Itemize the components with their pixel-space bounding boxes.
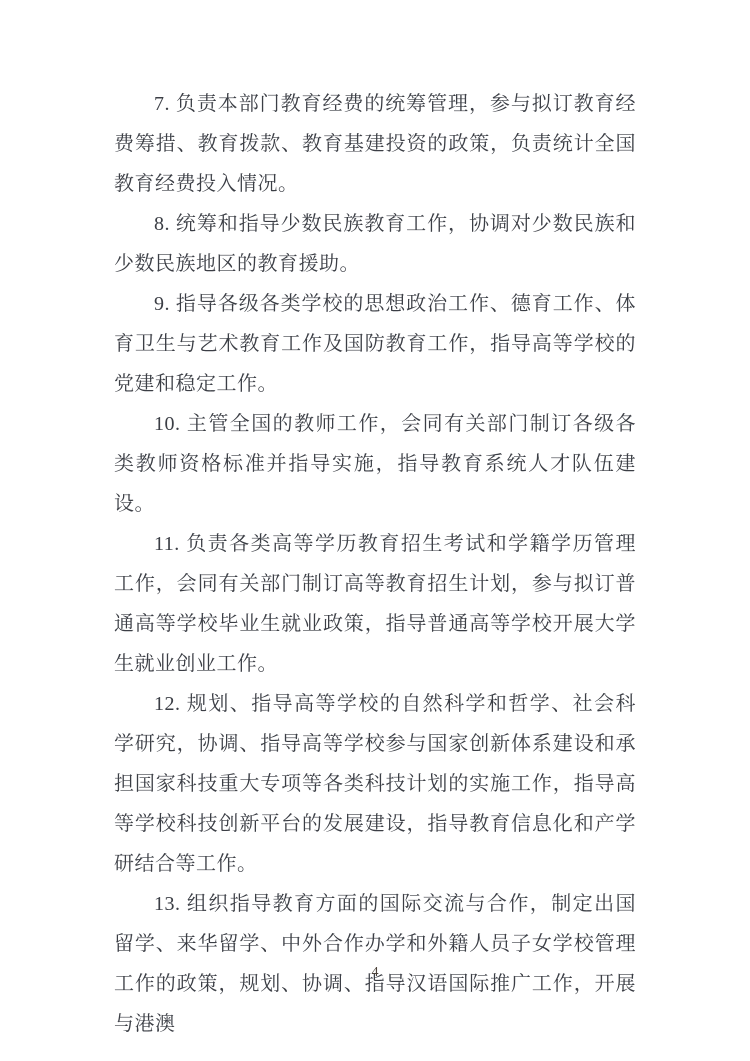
document-body: 7. 负责本部门教育经费的统筹管理，参与拟订教育经费筹措、教育拨款、教育基建投资… <box>114 84 636 1044</box>
paragraph-item-11: 11. 负责各类高等学历教育招生考试和学籍学历管理工作，会同有关部门制订高等教育… <box>114 524 636 684</box>
paragraph-item-10: 10. 主管全国的教师工作，会同有关部门制订各级各类教师资格标准并指导实施，指导… <box>114 404 636 524</box>
document-page: 7. 负责本部门教育经费的统筹管理，参与拟订教育经费筹措、教育拨款、教育基建投资… <box>0 0 750 1061</box>
paragraph-item-7: 7. 负责本部门教育经费的统筹管理，参与拟订教育经费筹措、教育拨款、教育基建投资… <box>114 84 636 204</box>
paragraph-item-12: 12. 规划、指导高等学校的自然科学和哲学、社会科学研究，协调、指导高等学校参与… <box>114 684 636 884</box>
page-number: 4 <box>372 965 379 980</box>
page-footer: 4 <box>0 963 750 981</box>
paragraph-item-8: 8. 统筹和指导少数民族教育工作，协调对少数民族和少数民族地区的教育援助。 <box>114 204 636 284</box>
paragraph-item-9: 9. 指导各级各类学校的思想政治工作、德育工作、体育卫生与艺术教育工作及国防教育… <box>114 284 636 404</box>
